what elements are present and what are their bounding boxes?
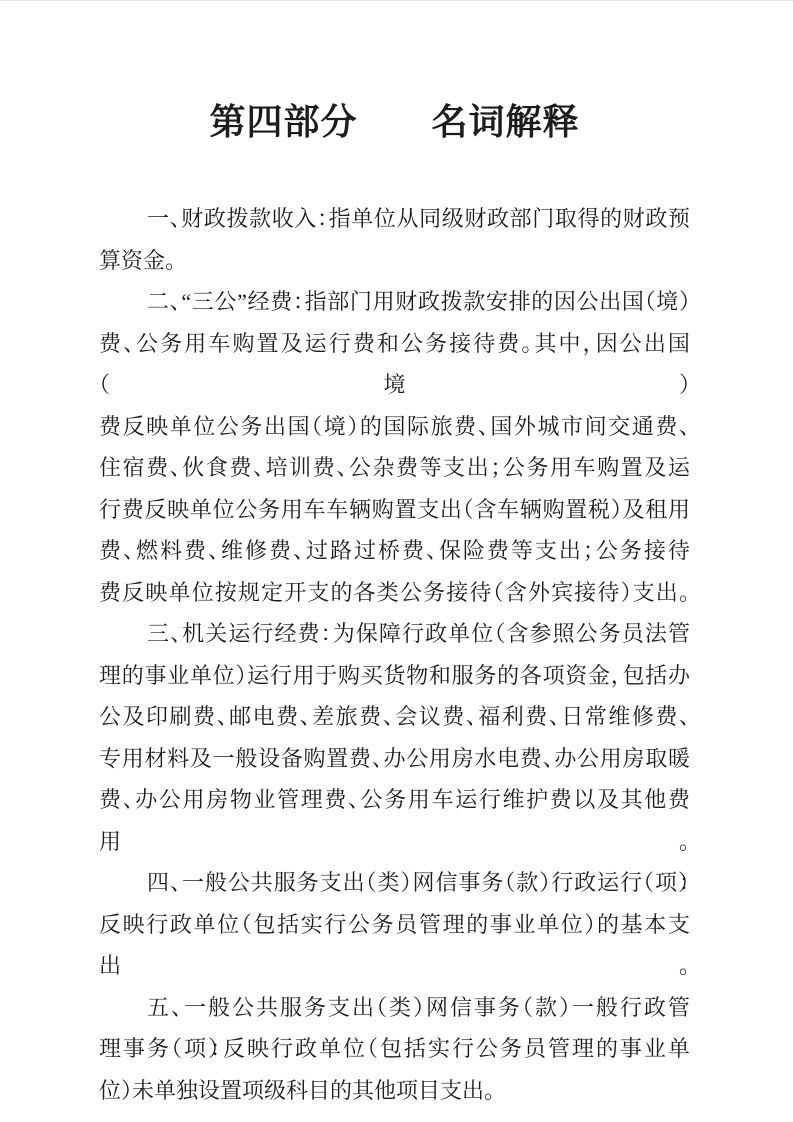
paragraph-term-3: 三、机关运行经费：为保障行政单位（含参照公务员法管 理的事业单位）运行用于购买货…: [99, 613, 690, 862]
text-line: 算资金。: [99, 240, 690, 282]
text-line: 二、“三公”经费：指部门用财政拨款安排的因公出国（境）: [99, 281, 690, 323]
text-line: 三、机关运行经费：为保障行政单位（含参照公务员法管: [99, 613, 690, 655]
text-line: 费、燃料费、维修费、过路过桥费、保险费等支出；公务接待: [99, 530, 690, 572]
text-line: 公及印刷费、邮电费、差旅费、会议费、福利费、日常维修费、: [99, 696, 690, 738]
text-line: 费反映单位公务出国（境）的国际旅费、国外城市间交通费、: [99, 406, 690, 448]
text-line: 费反映单位按规定开支的各类公务接待（含外宾接待）支出。: [99, 572, 690, 614]
text-line: 行费反映单位公务用车车辆购置支出（含车辆购置税）及租用: [99, 489, 690, 531]
paragraph-term-1: 一、财政拨款收入：指单位从同级财政部门取得的财政预 算资金。: [99, 198, 690, 281]
document-body: 一、财政拨款收入：指单位从同级财政部门取得的财政预 算资金。 二、“三公”经费：…: [99, 198, 690, 1111]
text-line: 反映行政单位（包括实行公务员管理的事业单位）的基本支出。: [99, 904, 690, 987]
document-page: 第四部分 名词解释 一、财政拨款收入：指单位从同级财政部门取得的财政预 算资金。…: [0, 0, 793, 1122]
text-line: 四、一般公共服务支出（类）网信事务（款）行政运行（项）：: [99, 862, 690, 904]
text-line: 理事务（项）：反映行政单位（包括实行公务员管理的事业单: [99, 1028, 690, 1070]
text-line: 费、公务用车购置及运行费和公务接待费。其中，因公出国（境）: [99, 323, 690, 406]
text-line: 位）未单独设置项级科目的其他项目支出。: [99, 1070, 690, 1112]
text-line: 五、一般公共服务支出（类）网信事务（款）一般行政管: [99, 987, 690, 1029]
paragraph-term-2: 二、“三公”经费：指部门用财政拨款安排的因公出国（境） 费、公务用车购置及运行费…: [99, 281, 690, 613]
paragraph-term-5: 五、一般公共服务支出（类）网信事务（款）一般行政管 理事务（项）：反映行政单位（…: [99, 987, 690, 1112]
text-line: 费、办公用房物业管理费、公务用车运行维护费以及其他费用。: [99, 779, 690, 862]
text-line: 理的事业单位）运行用于购买货物和服务的各项资金，包括办: [99, 655, 690, 697]
page-title: 第四部分 名词解释: [99, 100, 690, 144]
text-line: 住宿费、伙食费、培训费、公杂费等支出；公务用车购置及运: [99, 447, 690, 489]
text-line: 一、财政拨款收入：指单位从同级财政部门取得的财政预: [99, 198, 690, 240]
text-line: 专用材料及一般设备购置费、办公用房水电费、办公用房取暖: [99, 738, 690, 780]
paragraph-term-4: 四、一般公共服务支出（类）网信事务（款）行政运行（项）： 反映行政单位（包括实行…: [99, 862, 690, 987]
